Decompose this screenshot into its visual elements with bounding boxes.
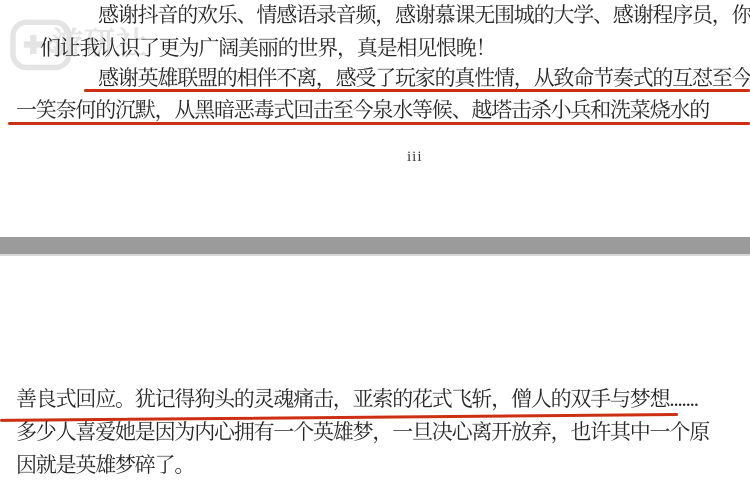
page-separator xyxy=(0,237,750,256)
text-line: 感谢英雄联盟的相伴不离，感受了玩家的真性情，从致命节奏式的互怼至今 xyxy=(98,66,750,90)
red-underline xyxy=(84,89,750,92)
page-number: iii xyxy=(407,149,423,166)
text-line: 一笑奈何的沉默，从黑暗恶毒式回击至今泉水等候、越塔击杀小兵和洗菜烧水的 xyxy=(16,98,709,122)
text-line: 感谢抖音的欢乐、情感语录音频，感谢慕课无围城的大学、感谢程序员，你 xyxy=(98,3,750,27)
red-underline xyxy=(8,122,750,125)
text-line: 善良式回应。犹记得狗头的灵魂痛击，亚索的花式飞斩，僧人的双手与梦想....... xyxy=(16,387,698,411)
text-line: 们让我认识了更为广阔美丽的世界，真是相见恨晚！ xyxy=(40,36,495,60)
text-line: 多少人喜爱她是因为内心拥有一个英雄梦，一旦决心离开放弃，也许其中一个原 xyxy=(16,420,709,444)
text-line: 因就是英雄梦碎了。 xyxy=(16,453,194,477)
document-view: 游研社 感谢抖音的欢乐、情感语录音频，感谢慕课无围城的大学、感谢程序员，你 们让… xyxy=(0,0,750,487)
